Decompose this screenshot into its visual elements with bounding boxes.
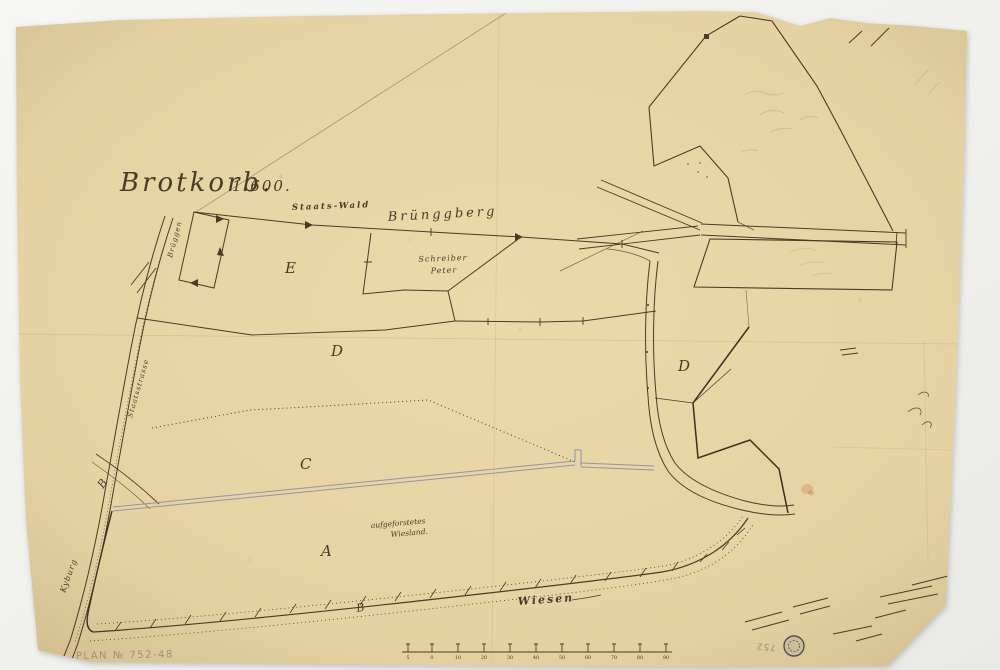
label-parcel-d-east: D	[677, 357, 690, 375]
label-parcel-a: A	[319, 542, 332, 560]
survey-point-marker	[704, 34, 709, 39]
scale-bar-label: 0	[430, 655, 433, 661]
paper-sheet	[0, 0, 1000, 670]
scale-bar-label: 30	[507, 655, 513, 661]
scale-bar-label: 20	[481, 655, 487, 661]
scale-bar-label: 60	[585, 655, 591, 661]
round-stamp	[784, 636, 804, 656]
scale-bar-label: 50	[559, 655, 565, 661]
label-owner-1: Schreiber	[418, 253, 467, 264]
scale-bar-label: 80	[637, 655, 643, 661]
scale-bar-label: 5	[406, 655, 409, 661]
paper-vignette	[0, 0, 1000, 670]
scale-bar-label: 90	[663, 655, 669, 661]
plan-number-pencil: PLAN № 752-48	[76, 649, 174, 662]
scale-bar-label: 70	[611, 655, 617, 661]
label-parcel-e: E	[284, 259, 296, 277]
label-parcel-d-west: D	[330, 342, 343, 360]
scale-bar-label: 10	[455, 655, 461, 661]
pencil-number: 752	[756, 640, 777, 652]
map-canvas: Brotkorb. 1.600. Staats-Wald Brünggberg …	[0, 0, 1000, 670]
scan-background: Brotkorb. 1.600. Staats-Wald Brünggberg …	[0, 0, 1000, 670]
label-owner-2: Peter	[429, 266, 457, 276]
label-parcel-c: C	[300, 455, 312, 473]
scale-bar-label: 40	[533, 655, 539, 661]
map-scale: 1.600.	[232, 177, 292, 195]
